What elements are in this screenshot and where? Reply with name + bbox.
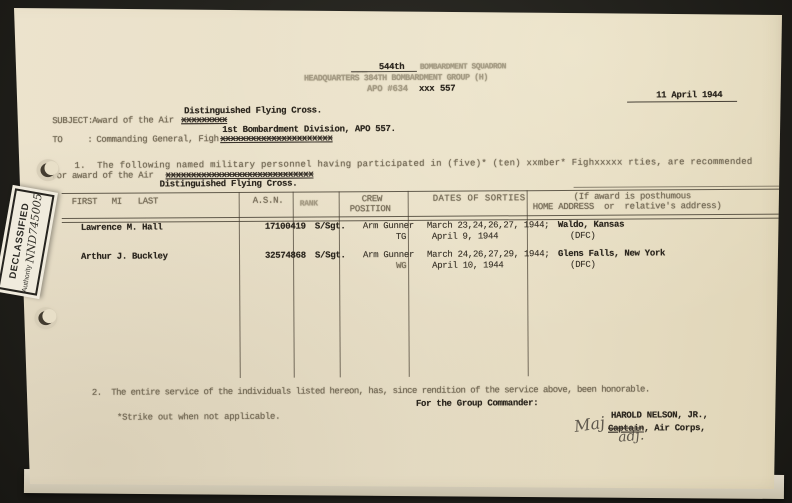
- header-home-line2: HOME ADDRESS or relative's address): [533, 201, 722, 212]
- paragraph-2: 2. The entire service of the individuals…: [92, 384, 650, 397]
- header-first: FIRST: [72, 197, 98, 207]
- header-crew-line1: CREW: [362, 194, 382, 204]
- to-struck-text: xxxxxxxxxxxxxxxxxxxxxx: [220, 133, 332, 144]
- handwritten-title: adj.: [617, 427, 644, 445]
- row-1-position-line2: WG: [396, 261, 406, 271]
- table-column-line-2: [293, 192, 295, 378]
- document-paper: ___ 544th BOMBARDMENT SQUADRON HEADQUART…: [0, 0, 792, 503]
- header-asn: A.S.N.: [253, 196, 284, 206]
- row-0-position-line2: TG: [396, 232, 406, 242]
- signer-name: HAROLD NELSON, JR.,: [611, 410, 708, 421]
- paragraph-1-line-2: for award of the Air: [52, 170, 154, 181]
- row-1-home-line2: (DFC): [570, 260, 596, 270]
- document-scan: ___ 544th BOMBARDMENT SQUADRON HEADQUART…: [0, 0, 792, 503]
- row-1-position-line1: Arm Gunner: [363, 250, 414, 260]
- table-column-line-5: [527, 190, 529, 376]
- for-group-commander: For the Group Commander:: [416, 398, 538, 409]
- typed-content: ___ 544th BOMBARDMENT SQUADRON HEADQUART…: [0, 0, 792, 503]
- header-home-line1: (If award is posthumous: [574, 191, 691, 202]
- row-1-home-line1: Glens Falls, New York: [558, 248, 665, 259]
- header-rank: RANK: [300, 199, 318, 209]
- subject-struck-text: xxxxxxxxx: [181, 115, 227, 125]
- row-0-dates-line1: March 23,24,26,27, 1944;: [427, 220, 549, 231]
- to-text: Commanding General, Figh: [96, 134, 218, 145]
- header-last: LAST: [138, 196, 158, 206]
- hole-fill: [44, 161, 58, 175]
- row-0-home-line1: Waldo, Kansas: [558, 220, 624, 230]
- letterhead-apo-old: APO #634: [367, 84, 408, 94]
- row-0-dates-line2: April 9, 1944: [432, 231, 498, 241]
- letterhead-squadron-rest: BOMBARDMENT SQUADRON: [420, 62, 506, 73]
- paragraph-1-insert: Distinguished Flying Cross.: [160, 179, 298, 190]
- table-top-rule-fragment: [574, 186, 788, 188]
- document-date: 11 April 1944: [656, 90, 722, 100]
- letterhead-headquarters: HEADQUARTERS 384TH BOMBARDMENT GROUP (H): [304, 72, 488, 83]
- header-crew-line2: POSITION: [350, 204, 391, 214]
- subject-text: Award of the Air: [92, 115, 174, 125]
- table-column-line-1: [239, 192, 241, 378]
- handwritten-rank: Maj: [573, 413, 606, 436]
- row-0-name: Lawrence M. Hall: [81, 222, 163, 232]
- row-0-asn: 17100419: [265, 222, 306, 232]
- authority-label: Authority: [21, 265, 33, 293]
- hole-fill: [42, 309, 56, 323]
- strike-out-note: *Strike out when not applicable.: [117, 412, 280, 423]
- row-0-rank: S/Sgt.: [315, 221, 346, 231]
- header-dates: DATES OF SORTIES: [433, 193, 526, 204]
- paragraph-1-line-1: 1. The following named military personne…: [74, 157, 752, 171]
- row-1-dates-line1: March 24,26,27,29, 1944;: [427, 249, 549, 260]
- row-1-name: Arthur J. Buckley: [81, 251, 168, 262]
- hole-punch-mark-bottom: [38, 311, 53, 325]
- date-underline: [627, 101, 737, 103]
- subject-label: SUBJECT:: [52, 116, 93, 126]
- table-column-line-4: [408, 191, 410, 377]
- row-1-rank: S/Sgt.: [315, 250, 346, 260]
- row-1-asn: 32574868: [265, 251, 306, 261]
- to-label: TO: [52, 135, 62, 145]
- table-column-line-3: [339, 191, 341, 377]
- signer-rank-rest: , Air Corps,: [644, 423, 705, 433]
- hole-punch-mark-top: [40, 163, 55, 177]
- to-colon: :: [87, 135, 92, 145]
- letterhead-apo-new: 557: [440, 84, 455, 94]
- row-1-dates-line2: April 10, 1944: [432, 260, 503, 270]
- header-mi: MI: [112, 197, 122, 207]
- row-0-position-line1: Arm Gunner: [363, 221, 414, 231]
- row-0-home-line2: (DFC): [570, 231, 596, 241]
- letterhead-apo-strike: xxx: [419, 84, 434, 94]
